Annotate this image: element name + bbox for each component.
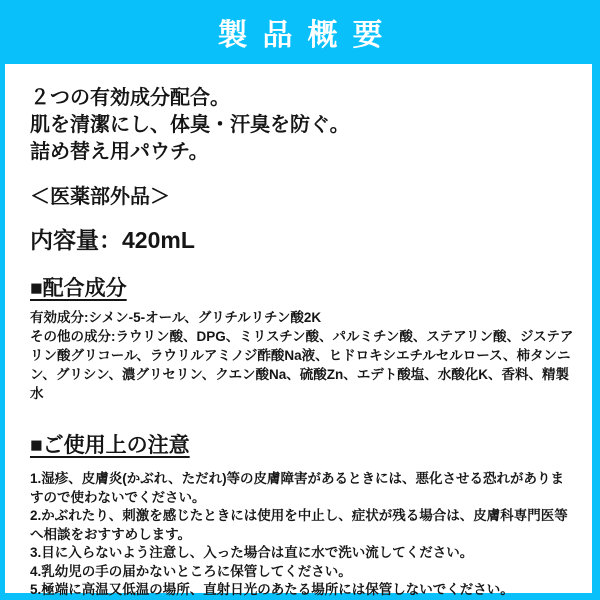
ingredients-body: 有効成分:シメン-5-オール、グリチルリチン酸2K その他の成分:ラウリン酸、D… xyxy=(30,308,576,403)
precautions-heading: ■ご使用上の注意 xyxy=(30,429,190,459)
precaution-item: 4.乳幼児の手の届かないところに保管してください。 xyxy=(30,563,576,582)
precaution-item: 1.湿疹、皮膚炎(かぶれ、ただれ)等の皮膚障害があるときには、悪化させる恐れがあ… xyxy=(30,470,576,507)
product-intro: ２つの有効成分配合。 肌を清潔にし、体臭・汗臭を防ぐ。 詰め替え用パウチ。 xyxy=(30,85,576,166)
other-ingredients-text: その他の成分:ラウリン酸、DPG、ミリスチン酸、パルミチン酸、ステアリン酸、ジス… xyxy=(30,327,576,403)
classification-label: ＜医薬部外品＞ xyxy=(30,180,576,209)
intro-line: ２つの有効成分配合。 xyxy=(30,85,576,112)
content-panel: ２つの有効成分配合。 肌を清潔にし、体臭・汗臭を防ぐ。 詰め替え用パウチ。 ＜医… xyxy=(5,64,592,593)
header-banner: 製品概要 xyxy=(0,0,600,64)
precaution-item: 5.極端に高温又低温の場所、直射日光のあたる場所には保管しないでください。 xyxy=(30,581,576,600)
precaution-item: 2.かぶれたり、刺激を感じたときには使用を中止し、症状が残る場合は、皮膚科専門医… xyxy=(30,507,576,544)
product-overview-image: 製品概要 ２つの有効成分配合。 肌を清潔にし、体臭・汗臭を防ぐ。 詰め替え用パウ… xyxy=(0,0,600,600)
active-ingredients-text: 有効成分:シメン-5-オール、グリチルリチン酸2K xyxy=(30,308,576,327)
precautions-list: 1.湿疹、皮膚炎(かぶれ、ただれ)等の皮膚障害があるときには、悪化させる恐れがあ… xyxy=(30,470,576,600)
precaution-item: 3.目に入らないよう注意し、入った場合は直に水で洗い流してください。 xyxy=(30,544,576,563)
intro-line: 詰め替え用パウチ。 xyxy=(30,139,576,166)
ingredients-heading: ■配合成分 xyxy=(30,272,127,302)
page-title: 製品概要 xyxy=(203,10,398,54)
intro-line: 肌を清潔にし、体臭・汗臭を防ぐ。 xyxy=(30,112,576,139)
volume-label: 内容量：420mL xyxy=(30,222,576,255)
